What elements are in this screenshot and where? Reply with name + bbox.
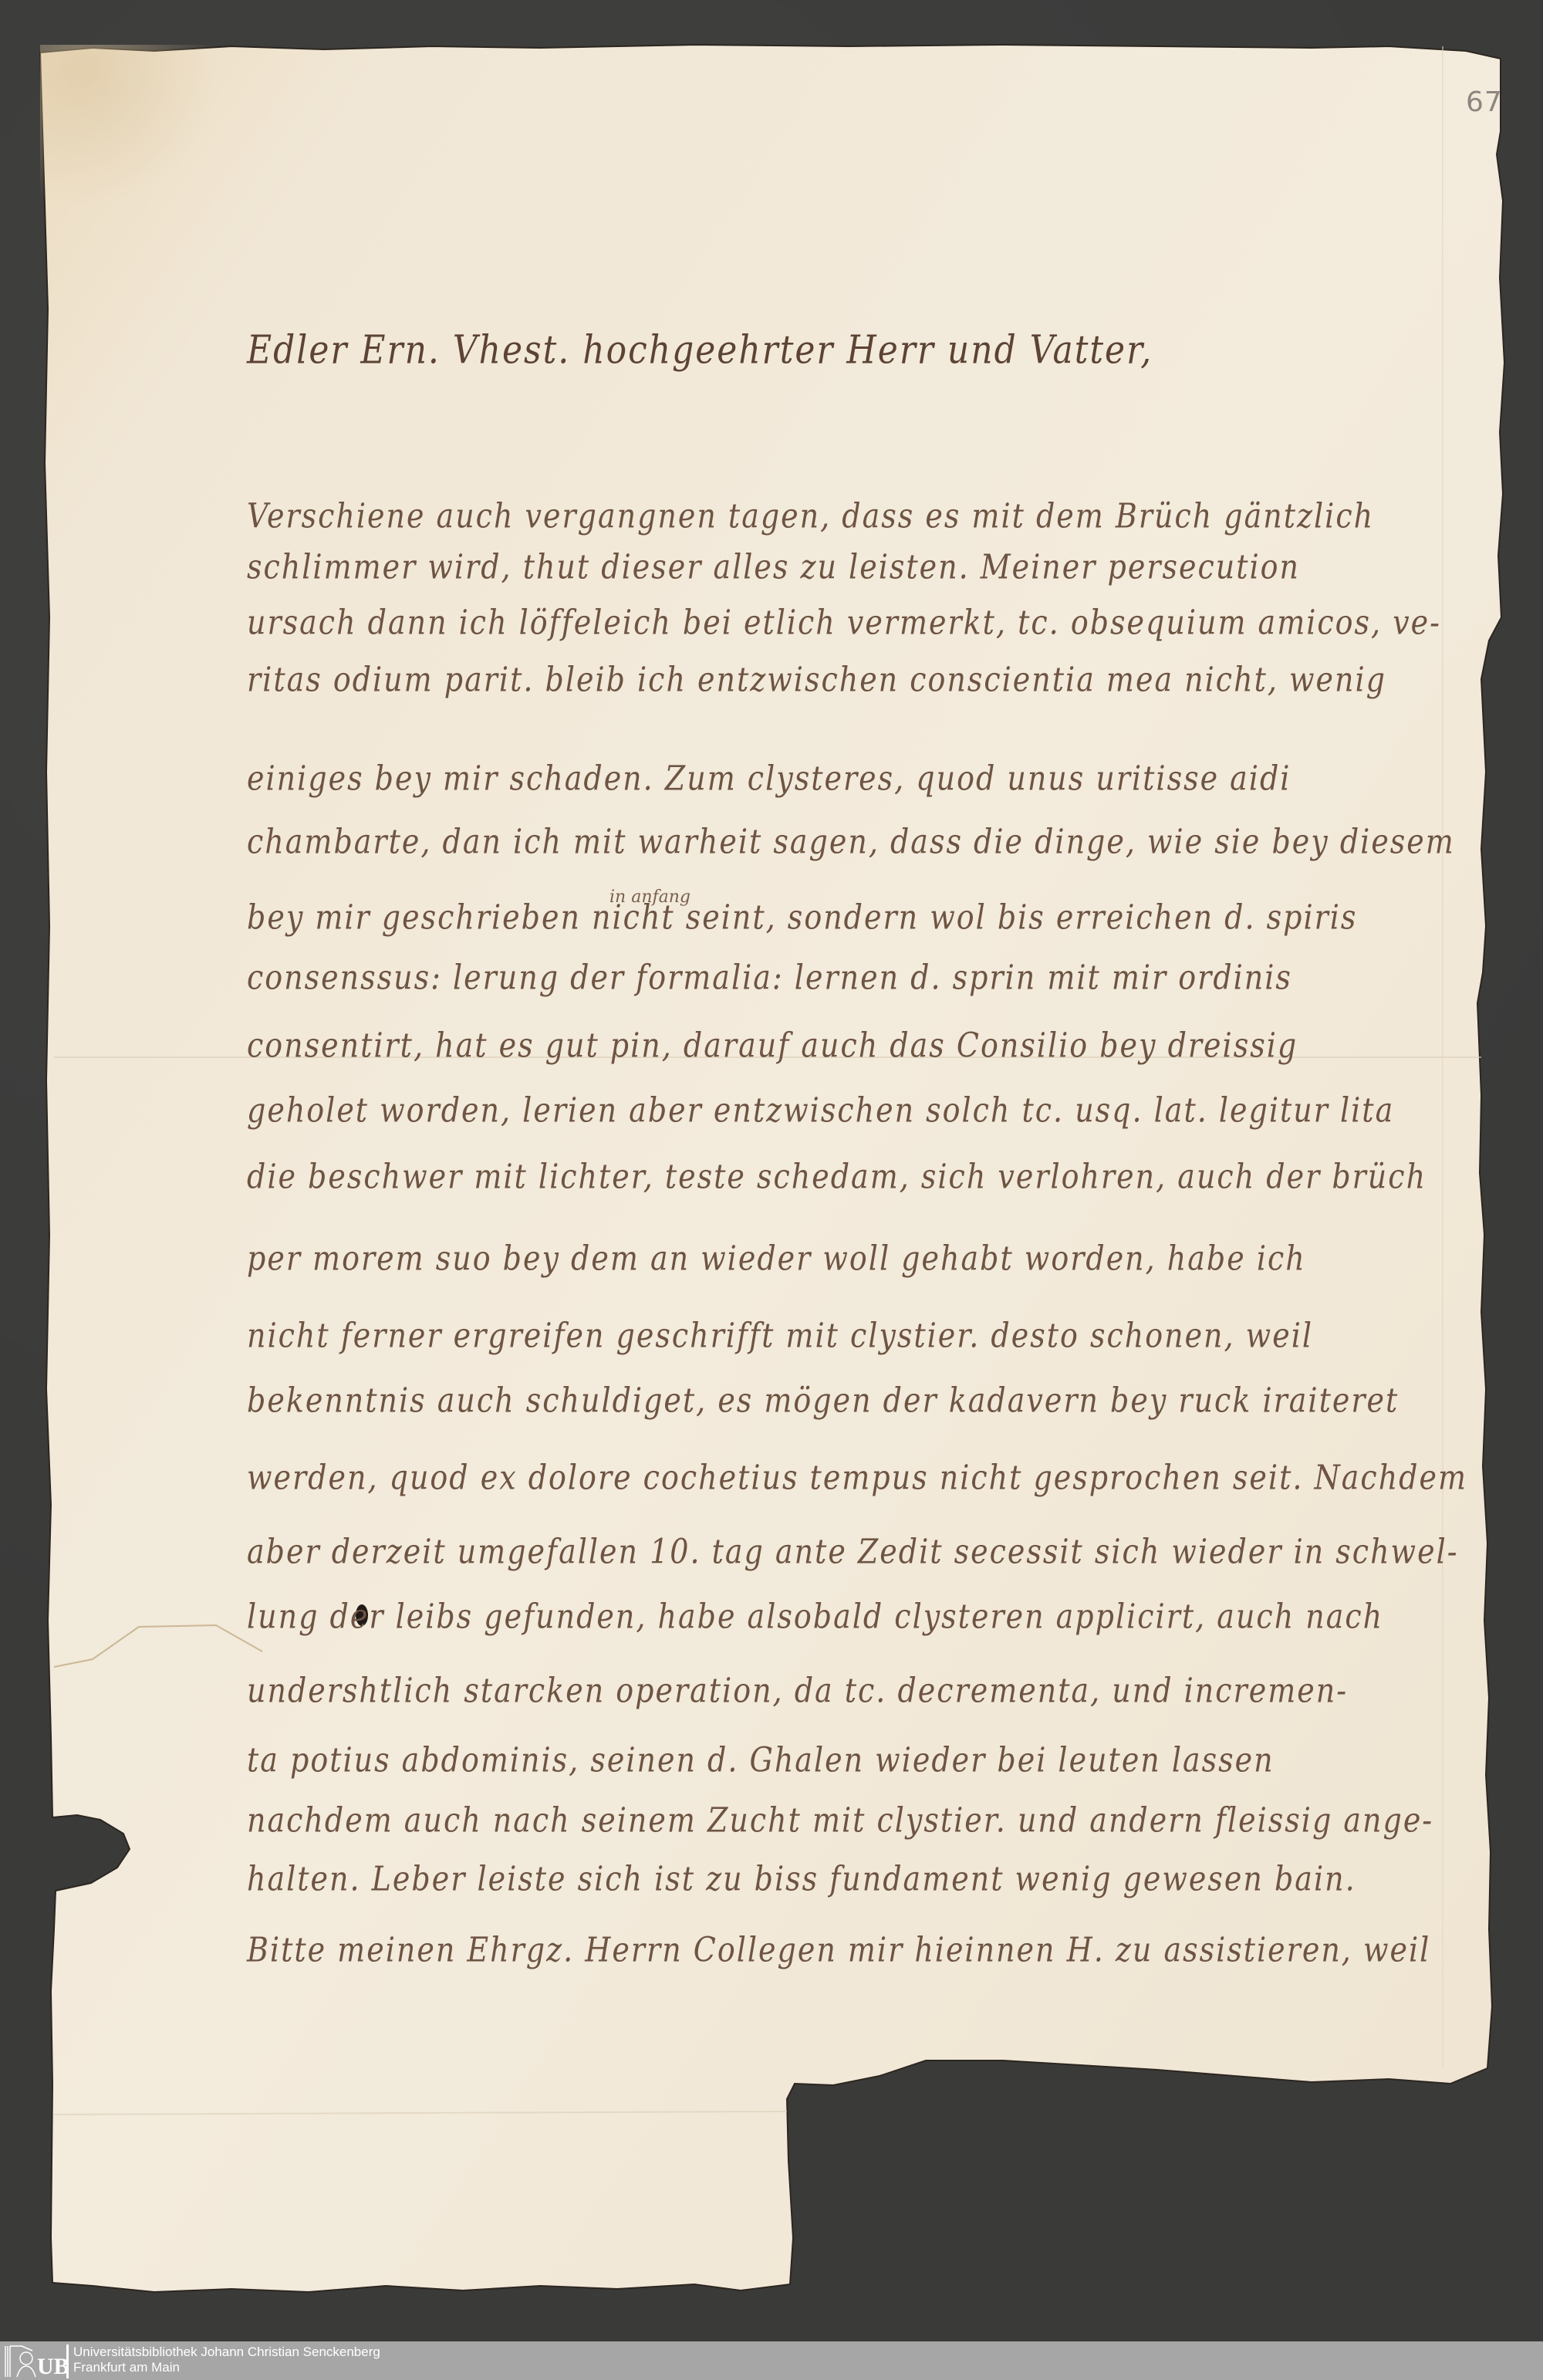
- text-line: ritas odium parit. bleib ich entzwischen…: [247, 660, 1386, 699]
- logo-text: UB: [37, 2354, 66, 2378]
- text-line: Verschiene auch vergangnen tagen, dass e…: [247, 496, 1374, 536]
- text-line: geholet worden, lerien aber entzwischen …: [247, 1090, 1394, 1130]
- text-line: schlimmer wird, thut dieser alles zu lei…: [247, 547, 1300, 587]
- text-line: halten. Leber leiste sich ist zu biss fu…: [247, 1859, 1356, 1898]
- text-line: ursach dann ich löffeleich bei etlich ve…: [247, 603, 1441, 642]
- text-line: aber derzeit umgefallen 10. tag ante Zed…: [247, 1532, 1459, 1571]
- text-line: werden, quod ex dolore cochetius tempus …: [247, 1458, 1467, 1497]
- text-line: bey mir geschrieben nicht seint, sondern…: [247, 898, 1357, 937]
- text-line: einiges bey mir schaden. Zum clysteres, …: [247, 759, 1291, 798]
- text-line: lung der leibs gefunden, habe alsobald c…: [247, 1597, 1383, 1636]
- text-line: Bitte meinen Ehrgz. Herrn Collegen mir h…: [247, 1930, 1430, 1969]
- text-line: bekenntnis auch schuldiget, es mögen der…: [247, 1381, 1399, 1420]
- institution-line-2: Frankfurt am Main: [73, 2360, 380, 2375]
- text-line: chambarte, dan ich mit warheit sagen, da…: [247, 822, 1455, 861]
- text-line: undershtlich starcken operation, da tc. …: [247, 1671, 1348, 1710]
- footer-bar: UB Universitätsbibliothek Johann Christi…: [0, 2341, 1543, 2380]
- institution-line-1: Universitätsbibliothek Johann Christian …: [73, 2345, 380, 2360]
- text-line: nicht ferner ergreifen geschrifft mit cl…: [247, 1316, 1313, 1355]
- text-line: ta potius abdominis, seinen d. Ghalen wi…: [247, 1740, 1275, 1780]
- text-line: consentirt, hat es gut pin, darauf auch …: [247, 1026, 1298, 1065]
- folio-number: 67: [1466, 86, 1503, 118]
- text-line: per morem suo bey dem an wieder woll geh…: [247, 1239, 1306, 1278]
- ub-logo-icon: UB: [3, 2343, 66, 2378]
- greeting-line: Edler Ern. Vhest. hochgeehrter Herr und …: [247, 327, 1153, 373]
- text-line: nachdem auch nach seinem Zucht mit clyst…: [247, 1800, 1433, 1840]
- text-line: die beschwer mit lichter, teste schedam,…: [247, 1157, 1427, 1196]
- logo-divider: [66, 2345, 69, 2378]
- institution-name: Universitätsbibliothek Johann Christian …: [73, 2345, 380, 2375]
- text-line: consenssus: lerung der formalia: lernen …: [247, 958, 1292, 997]
